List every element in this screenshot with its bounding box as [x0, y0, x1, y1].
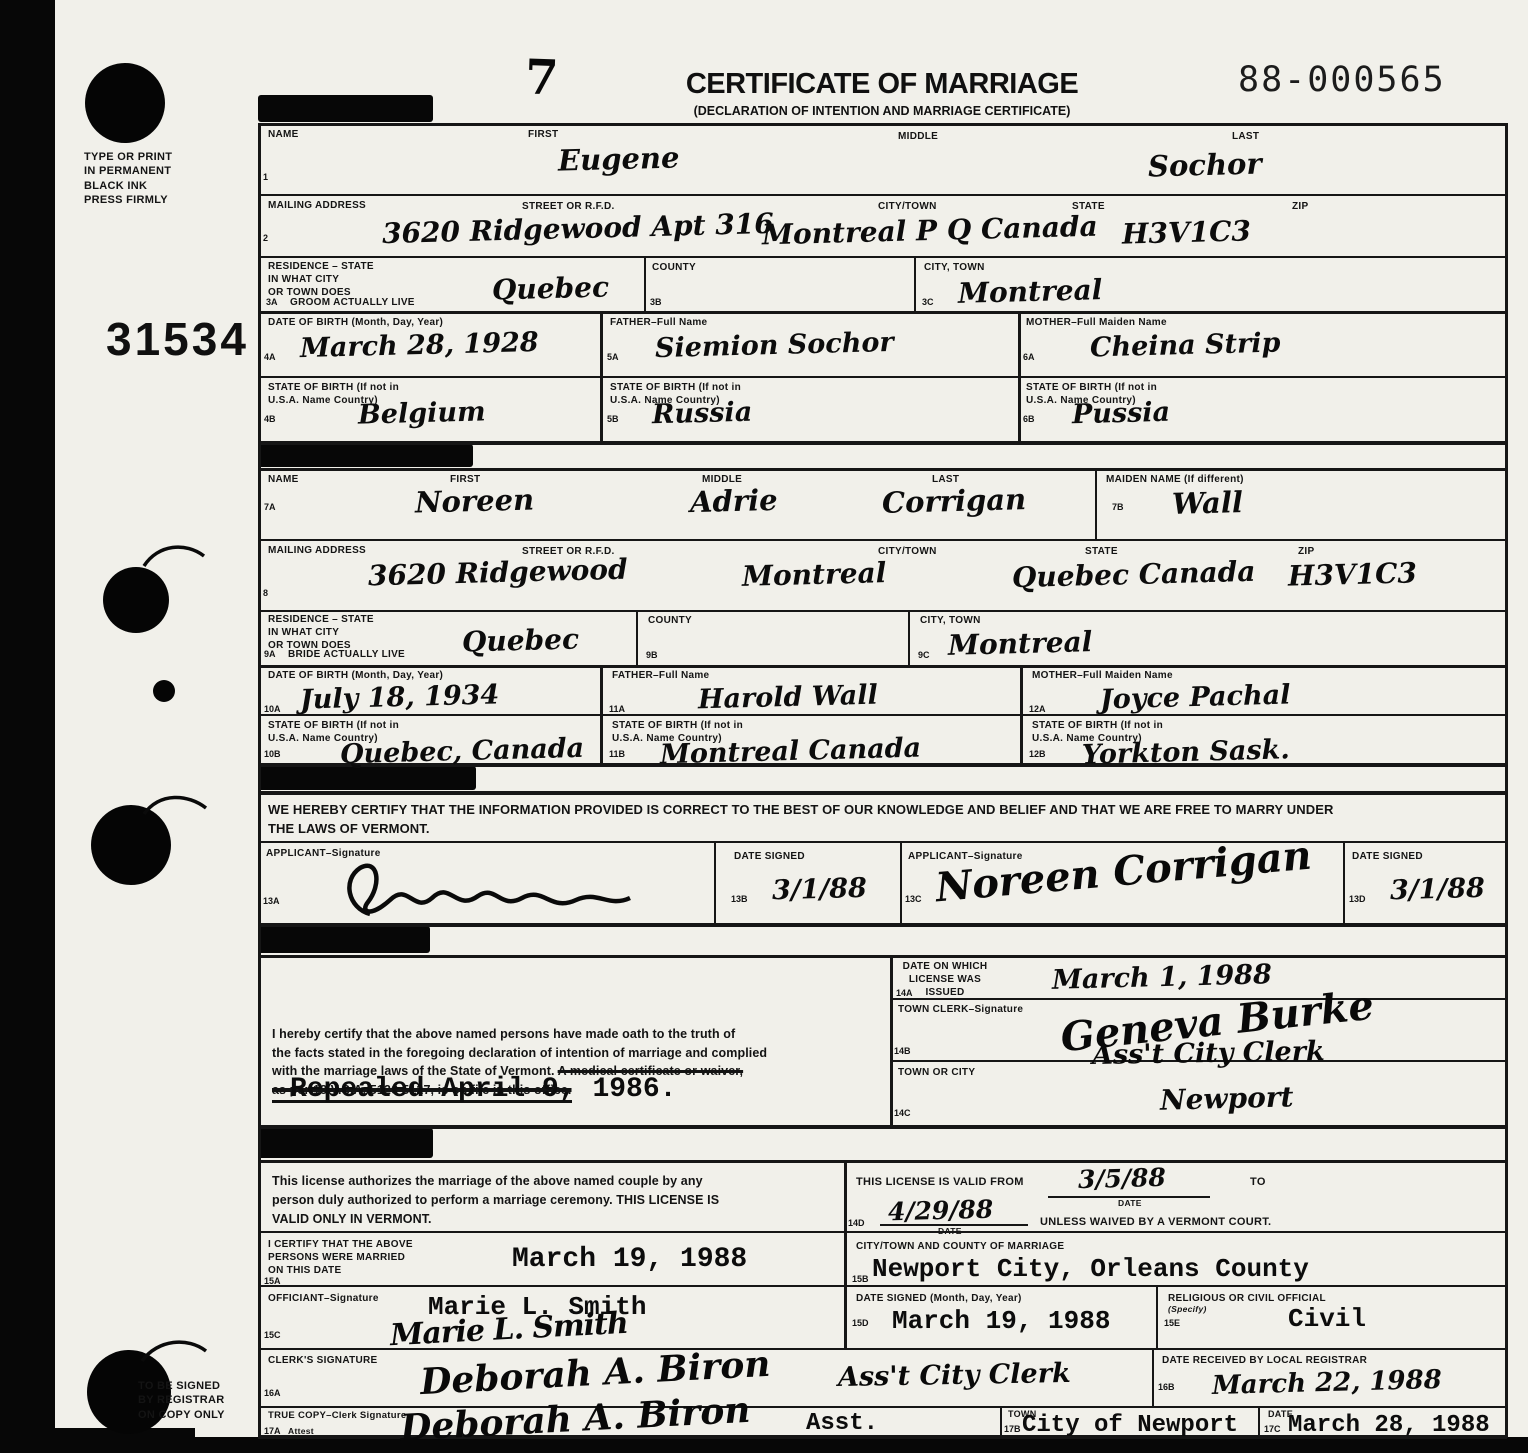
- license-town: Newport: [1160, 1080, 1294, 1116]
- valid-from-label: THIS LICENSE IS VALID FROM: [856, 1176, 1024, 1188]
- bottom-scan-edge: [55, 1437, 1528, 1453]
- punch-dot: [153, 680, 175, 702]
- citytown-label: CITY, TOWN: [924, 261, 985, 274]
- true-copy-date: March 28, 1988: [1288, 1412, 1490, 1439]
- specify-label: (Specify): [1168, 1304, 1207, 1314]
- bride-mother: Joyce Pachal: [1100, 680, 1291, 716]
- groom-dob-label: DATE OF BIRTH (Month, Day, Year): [268, 316, 443, 329]
- bride-maiden-name: Wall: [1172, 485, 1244, 521]
- punch-hole: [103, 567, 169, 633]
- bride-state: Quebec Canada: [1012, 555, 1256, 594]
- bride-residence-label: RESIDENCE – STATE IN WHAT CITY OR TOWN D…: [268, 613, 374, 652]
- county-label: COUNTY: [652, 261, 696, 274]
- bride-middle-name: Adrie: [690, 483, 778, 519]
- field-number: 6A: [1023, 352, 1035, 362]
- pen-squiggle: [140, 790, 210, 820]
- groom-zip: H3V1C3: [1122, 214, 1252, 250]
- marriage-certificate-scan: TYPE OR PRINT IN PERMANENT BLACK INK PRE…: [0, 0, 1528, 1453]
- repealed-note: Repealed April 9, 1986.: [290, 1074, 676, 1105]
- bride-state-of-birth: Quebec, Canada: [340, 733, 585, 770]
- true-copy-label: TRUE COPY–Clerk Signature: [268, 1410, 406, 1422]
- groom-residence-tail: GROOM ACTUALLY LIVE: [290, 296, 415, 309]
- field-number: 5A: [607, 352, 619, 362]
- stamp-number: 31534: [106, 312, 249, 366]
- field-number: 14D: [848, 1218, 865, 1228]
- town-clerk-signature-label: TOWN CLERK–Signature: [898, 1003, 1023, 1016]
- date-underline-label: DATE: [938, 1226, 962, 1236]
- redacted-section-bar: [258, 95, 433, 122]
- town-clerk-title: Ass't City Clerk: [1092, 1036, 1325, 1071]
- groom-name-label: NAME: [268, 128, 299, 141]
- middle-col-label: MIDDLE: [898, 130, 938, 143]
- attest-label: Attest: [288, 1426, 314, 1436]
- field-number: 10B: [264, 749, 281, 759]
- marriage-place-label: CITY/TOWN AND COUNTY OF MARRIAGE: [856, 1240, 1064, 1253]
- page-subtitle: (DECLARATION OF INTENTION AND MARRIAGE C…: [632, 104, 1132, 118]
- groom-street: 3620 Ridgewood Apt 316: [382, 207, 775, 250]
- bride-last-name: Corrigan: [882, 482, 1027, 520]
- officiant-date-signed: March 19, 1988: [892, 1306, 1110, 1336]
- field-number: 16B: [1158, 1382, 1175, 1392]
- field-number: 16A: [264, 1388, 281, 1398]
- bride-residence-state: Quebec: [462, 622, 580, 658]
- left-scan-edge: [0, 0, 55, 1453]
- punch-hole: [85, 63, 165, 143]
- field-number: 1: [263, 172, 268, 182]
- field-number: 10A: [264, 704, 281, 714]
- waiver-note: UNLESS WAIVED BY A VERMONT COURT.: [1040, 1216, 1271, 1228]
- redacted-section-bar: [258, 1128, 433, 1158]
- officiant-signature: Marie L. Smith: [389, 1306, 628, 1353]
- field-number: 17B: [1004, 1424, 1021, 1434]
- field-number: 9C: [918, 650, 930, 660]
- citytown-label: CITY, TOWN: [920, 614, 981, 627]
- county-label: COUNTY: [648, 614, 692, 627]
- certificate-number: 88-000565: [1238, 60, 1446, 100]
- marriage-date: March 19, 1988: [512, 1244, 747, 1275]
- official-type: Civil: [1288, 1304, 1366, 1334]
- bride-dob-label: DATE OF BIRTH (Month, Day, Year): [268, 669, 443, 682]
- groom-mailing-label: MAILING ADDRESS: [268, 199, 366, 212]
- groom-mother-birth: Pussia: [1072, 397, 1171, 431]
- valid-to-label: TO: [1250, 1176, 1266, 1188]
- redacted-section-bar: [258, 926, 430, 953]
- groom-residence-state: Quebec: [492, 270, 610, 306]
- date-signed-mdY-label: DATE SIGNED (Month, Day, Year): [856, 1292, 1022, 1305]
- date-signed-label: DATE SIGNED: [1352, 850, 1423, 863]
- pen-squiggle: [140, 540, 210, 570]
- true-copy-town: City of Newport: [1022, 1412, 1238, 1439]
- field-number: 13A: [263, 896, 280, 906]
- clerk-title: Ass't City Clerk: [838, 1358, 1071, 1393]
- field-number: 11A: [609, 704, 625, 714]
- zip-col-label: ZIP: [1298, 545, 1314, 558]
- license-authorization-text: This license authorizes the marriage of …: [272, 1172, 832, 1228]
- field-number: 15C: [264, 1330, 281, 1340]
- true-copy-title: Asst.: [806, 1410, 878, 1437]
- page-title: CERTIFICATE OF MARRIAGE: [632, 68, 1132, 101]
- groom-father-label: FATHER–Full Name: [610, 316, 707, 329]
- redacted-section-bar: [258, 766, 476, 790]
- print-instruction-note: TYPE OR PRINT IN PERMANENT BLACK INK PRE…: [84, 150, 172, 207]
- field-number: 17A: [264, 1426, 281, 1436]
- groom-father-birth: Russia: [652, 397, 753, 431]
- field-number: 17C: [1264, 1424, 1281, 1434]
- groom-dob: March 28, 1928: [300, 327, 539, 364]
- marriage-place: Newport City, Orleans County: [872, 1254, 1309, 1284]
- groom-citytown: Montreal: [958, 273, 1103, 310]
- bride-mailing-label: MAILING ADDRESS: [268, 544, 366, 557]
- field-number: 14A: [896, 988, 913, 998]
- valid-to-date: 4/29/88: [888, 1195, 994, 1227]
- redacted-section-bar: [258, 444, 473, 467]
- field-number: 15A: [264, 1276, 281, 1286]
- date-signed-label: DATE SIGNED: [734, 850, 805, 863]
- declaration-statement: WE HEREBY CERTIFY THAT THE INFORMATION P…: [268, 801, 1498, 839]
- field-number: 9B: [646, 650, 658, 660]
- field-number: 11B: [609, 749, 625, 759]
- license-issued-label: DATE ON WHICH LICENSE WAS ISSUED: [900, 960, 990, 999]
- field-number: 13D: [1349, 894, 1366, 904]
- field-number: 8: [263, 588, 268, 598]
- groom-father: Siemion Sochor: [655, 327, 894, 364]
- handwritten-page-mark: 7: [524, 49, 559, 106]
- field-number: 15D: [852, 1318, 869, 1328]
- maiden-name-label: MAIDEN NAME (If different): [1106, 473, 1244, 486]
- bride-citytown: Montreal: [948, 625, 1093, 662]
- bride-city: Montreal: [742, 556, 887, 593]
- clerks-signature-label: CLERK'S SIGNATURE: [268, 1354, 378, 1367]
- field-number: 9A: [264, 649, 276, 659]
- state-col-label: STATE: [1085, 545, 1118, 558]
- bride-residence-tail: BRIDE ACTUALLY LIVE: [288, 648, 405, 661]
- registrar-note: TO BE SIGNED BY REGISTRAR ON COPY ONLY: [138, 1379, 225, 1422]
- groom-mother: Cheina Strip: [1090, 328, 1281, 364]
- field-number: 13C: [905, 894, 922, 904]
- field-number: 15B: [852, 1274, 869, 1284]
- town-or-city-label: TOWN OR CITY: [898, 1066, 975, 1079]
- field-number: 6B: [1023, 414, 1035, 424]
- officiant-signature-label: OFFICIANT–Signature: [268, 1292, 379, 1305]
- field-number: 7A: [264, 502, 276, 512]
- married-on-date-label: I CERTIFY THAT THE ABOVE PERSONS WERE MA…: [268, 1238, 413, 1277]
- pen-squiggle: [138, 1335, 210, 1365]
- field-number: 15E: [1164, 1318, 1180, 1328]
- groom-state-of-birth: Belgium: [358, 396, 486, 430]
- city-col-label: CITY/TOWN: [878, 545, 937, 558]
- field-number: 2: [263, 233, 268, 243]
- last-col-label: LAST: [1232, 130, 1259, 143]
- groom-residence-label: RESIDENCE – STATE IN WHAT CITY OR TOWN D…: [268, 260, 374, 299]
- field-number: 4B: [264, 414, 276, 424]
- groom-last-name: Sochor: [1148, 147, 1263, 184]
- field-number: 12A: [1029, 704, 1046, 714]
- first-col-label: FIRST: [528, 128, 558, 141]
- field-number: 13B: [731, 894, 748, 904]
- groom-first-name: Eugene: [558, 140, 680, 177]
- bride-name-label: NAME: [268, 473, 299, 486]
- bride-mother-label: MOTHER–Full Maiden Name: [1032, 669, 1173, 682]
- bride-mother-birth: Yorkton Sask.: [1082, 734, 1290, 770]
- date-underline-label: DATE: [1118, 1198, 1142, 1208]
- groom-city: Montreal P Q Canada: [762, 210, 1098, 252]
- bride-father: Harold Wall: [698, 680, 879, 716]
- field-number: 3A: [266, 297, 278, 307]
- field-number: 14C: [894, 1108, 911, 1118]
- city-col-label: CITY/TOWN: [878, 200, 937, 213]
- bride-zip: H3V1C3: [1288, 556, 1418, 592]
- bride-dob: July 18, 1934: [300, 679, 500, 715]
- bride-first-name: Noreen: [415, 482, 535, 519]
- field-number: 4A: [264, 352, 276, 362]
- field-number: 3C: [922, 297, 934, 307]
- bride-street: 3620 Ridgewood: [368, 553, 628, 593]
- field-number: 12B: [1029, 749, 1046, 759]
- groom-date-signed: 3/1/88: [772, 873, 868, 906]
- bride-father-label: FATHER–Full Name: [612, 669, 709, 682]
- field-number: 5B: [607, 414, 619, 424]
- field-number: 3B: [650, 297, 662, 307]
- bride-signature: Noreen Corrigan: [934, 832, 1314, 912]
- valid-from-date: 3/5/88: [1078, 1163, 1167, 1194]
- date-received: March 22, 1988: [1212, 1365, 1442, 1401]
- bride-date-signed: 3/1/88: [1390, 873, 1486, 906]
- field-number: 14B: [894, 1046, 911, 1056]
- license-issued-date: March 1, 1988: [1052, 959, 1273, 996]
- groom-signature-scrawl: [330, 850, 640, 922]
- zip-col-label: ZIP: [1292, 200, 1308, 213]
- groom-mother-label: MOTHER–Full Maiden Name: [1026, 316, 1167, 329]
- date-received-label: DATE RECEIVED BY LOCAL REGISTRAR: [1162, 1354, 1367, 1367]
- field-number: 7B: [1112, 502, 1124, 512]
